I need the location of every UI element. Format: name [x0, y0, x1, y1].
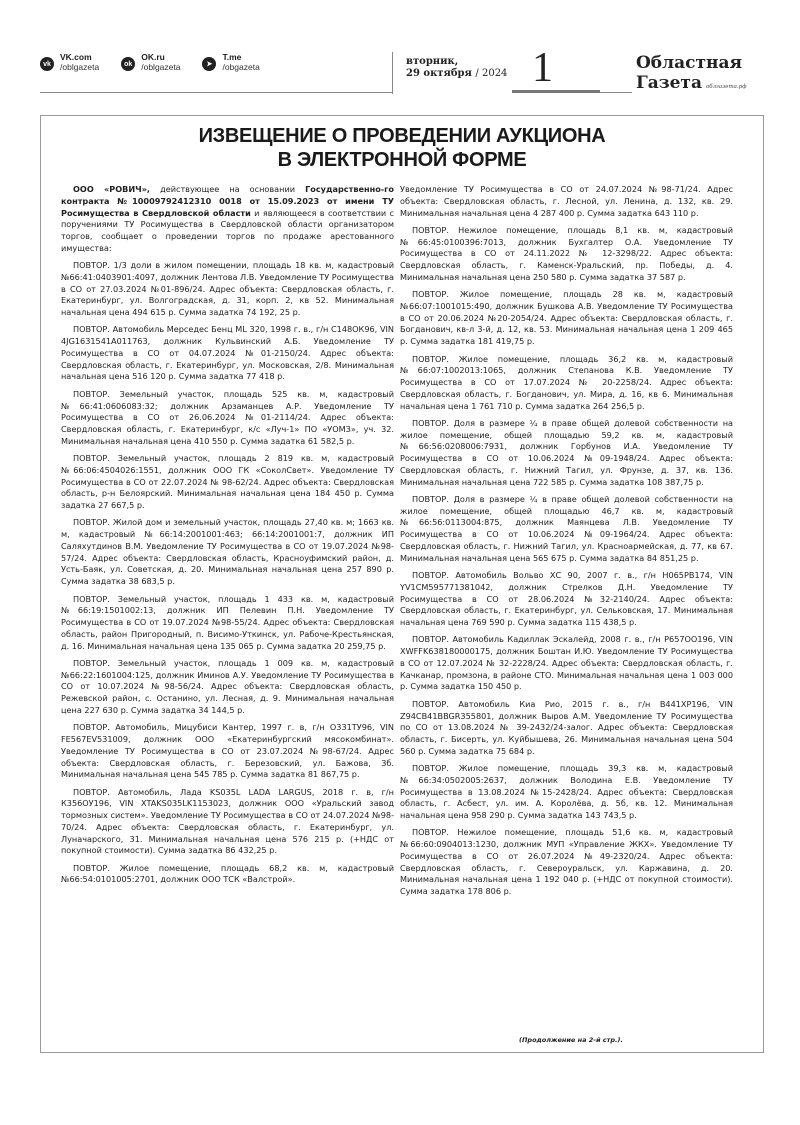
- date: 29 октября: [406, 68, 472, 79]
- header-divider: [392, 52, 393, 94]
- header-rule: [40, 92, 392, 93]
- page-number: 1: [532, 46, 553, 90]
- organizer-name: ООО «РОВИЧ»,: [73, 184, 150, 194]
- lot-item: ПОВТОР. Жилое помещение, площадь 36,2 кв…: [400, 354, 733, 413]
- lot-item: ПОВТОР. Земельный участок, площадь 525 к…: [61, 389, 394, 448]
- social-link-vk[interactable]: vk VK.com/oblgazeta: [40, 52, 99, 94]
- issue-date: вторник, 29 октября / 2024: [406, 56, 507, 80]
- lot-item: ПОВТОР. Земельный участок, площадь 1 009…: [61, 658, 394, 717]
- social-handle: /oblgazeta: [60, 62, 99, 72]
- auction-notice: ИЗВЕЩЕНИЕ О ПРОВЕДЕНИИ АУКЦИОНА В ЭЛЕКТР…: [40, 115, 764, 1053]
- logo-site: облгазета.рф: [706, 84, 747, 90]
- social-site: VK.com: [60, 52, 99, 62]
- lot-item: ПОВТОР. Земельный участок, площадь 2 819…: [61, 453, 394, 512]
- lot-item: ПОВТОР. 1/3 доли в жилом помещении, площ…: [61, 260, 394, 319]
- left-column: ООО «РОВИЧ», действующее на основании Го…: [61, 184, 394, 892]
- continuation-note: (Продолжение на 2-й стр.).: [519, 1036, 623, 1044]
- telegram-icon: ➤: [202, 57, 216, 71]
- intro-paragraph: ООО «РОВИЧ», действующее на основании Го…: [61, 184, 394, 255]
- lot-item: ПОВТОР. Автомобиль Мерседес Бенц ML 320,…: [61, 324, 394, 383]
- social-handle: /obgazeta: [222, 62, 259, 72]
- lot-item: ПОВТОР. Жилое помещение, площадь 28 кв. …: [400, 289, 733, 348]
- social-site: T.me: [222, 52, 259, 62]
- lot-item: ПОВТОР. Автомобиль, Лада KS035L LADA LAR…: [61, 787, 394, 858]
- logo-line2: Газета: [636, 74, 702, 93]
- lot-item: ПОВТОР. Жилое помещение, площадь 68,2 кв…: [61, 863, 394, 887]
- logo-line1: Областная: [636, 54, 747, 73]
- lot-item-continuation: Уведомление ТУ Росимущества в СО от 24.0…: [400, 184, 733, 219]
- lot-item: ПОВТОР. Нежилое помещение, площадь 51,6 …: [400, 827, 733, 898]
- lot-item: ПОВТОР. Автомобиль Кадиллак Эскалейд, 20…: [400, 634, 733, 693]
- social-link-ok[interactable]: ok OK.ru/oblgazeta: [121, 52, 180, 94]
- ok-icon: ok: [121, 57, 135, 71]
- lot-item: ПОВТОР. Доля в размере ¼ в праве общей д…: [400, 418, 733, 489]
- right-column: Уведомление ТУ Росимущества в СО от 24.0…: [400, 184, 733, 904]
- page-number-bar: [512, 90, 600, 93]
- notice-title: ИЗВЕЩЕНИЕ О ПРОВЕДЕНИИ АУКЦИОНА В ЭЛЕКТР…: [41, 124, 763, 172]
- lot-item: ПОВТОР. Жилое помещение, площадь 39,3 кв…: [400, 763, 733, 822]
- masthead: vk VK.com/oblgazeta ok OK.ru/oblgazeta ➤…: [40, 52, 780, 94]
- lot-item: ПОВТОР. Автомобиль Вольво ХС 90, 2007 г.…: [400, 570, 733, 629]
- weekday: вторник,: [406, 56, 507, 68]
- lot-item: ПОВТОР. Автомобиль, Мицубиси Кантер, 199…: [61, 722, 394, 781]
- lot-item: ПОВТОР. Нежилое помещение, площадь 8,1 к…: [400, 225, 733, 284]
- year: / 2024: [475, 68, 507, 79]
- social-link-telegram[interactable]: ➤ T.me/obgazeta: [202, 52, 259, 94]
- vk-icon: vk: [40, 57, 54, 71]
- social-site: OK.ru: [141, 52, 180, 62]
- lot-item: ПОВТОР. Доля в размере ¼ в праве общей д…: [400, 494, 733, 565]
- lot-item: ПОВТОР. Автомобиль Киа Рио, 2015 г. в., …: [400, 699, 733, 758]
- newspaper-logo: Областная Газетаоблгазета.рф: [636, 54, 747, 93]
- lot-item: ПОВТОР. Жилой дом и земельный участок, п…: [61, 517, 394, 588]
- lot-item: ПОВТОР. Земельный участок, площадь 1 433…: [61, 594, 394, 653]
- social-links: vk VK.com/oblgazeta ok OK.ru/oblgazeta ➤…: [40, 52, 282, 94]
- header-rule-right: [600, 92, 632, 93]
- social-handle: /oblgazeta: [141, 62, 180, 72]
